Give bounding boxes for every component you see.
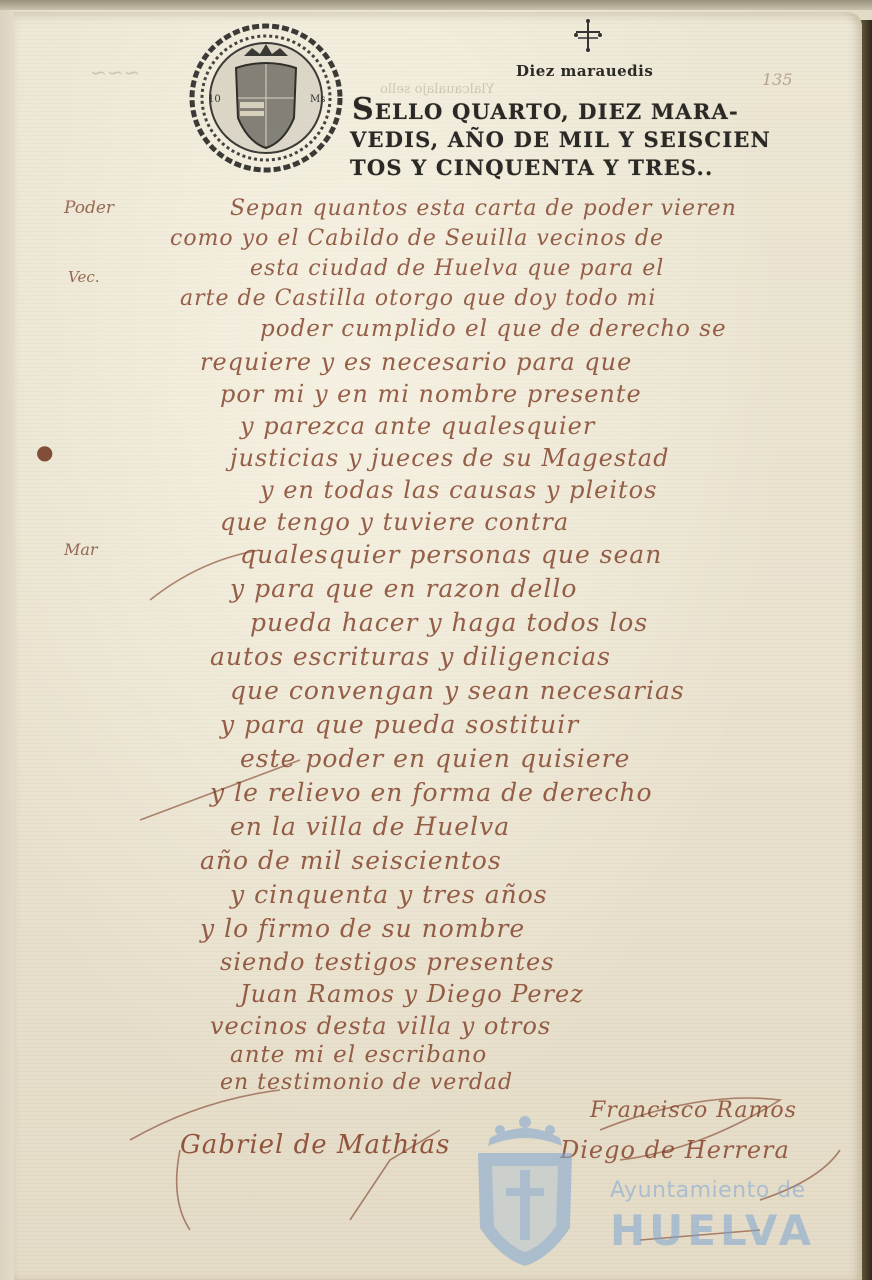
stamp-denomination: Diez marauedis: [516, 62, 653, 80]
seal-icon: 10 Ms: [188, 22, 344, 174]
bleed-through-mark: ~~~: [90, 60, 140, 84]
archive-watermark: Ayuntamiento de HUELVA: [460, 1088, 800, 1273]
margin-note: Poder: [64, 198, 114, 218]
stamp-heading-line: vedis, año de mil y seiscien: [350, 126, 836, 154]
ink-blot: ●: [36, 440, 53, 464]
stamp-heading: Sello quarto, diez mara- vedis, año de m…: [352, 96, 836, 182]
bleed-through-text: Ylalcaualajo sello: [380, 82, 494, 97]
watermark-line2: HUELVA: [610, 1206, 815, 1255]
watermark-line1: Ayuntamiento de: [610, 1178, 806, 1203]
page-top-edge: [0, 0, 872, 10]
svg-text:Ms: Ms: [310, 94, 325, 105]
royal-coat-of-arms-seal: 10 Ms: [188, 22, 344, 174]
stamp-heading-line: Sello quarto, diez mara-: [352, 96, 836, 126]
cross-mark-icon: [572, 18, 604, 52]
huelva-coat-of-arms-icon: [470, 1108, 580, 1268]
folio-number: 135: [762, 70, 793, 89]
stamp-heading-line: tos y cinquenta y tres..: [350, 154, 836, 182]
svg-text:10: 10: [208, 94, 221, 105]
margin-note: Vec.: [68, 268, 100, 286]
signature: Gabriel de Mathias: [180, 1130, 450, 1160]
margin-note: Mar: [64, 540, 98, 559]
